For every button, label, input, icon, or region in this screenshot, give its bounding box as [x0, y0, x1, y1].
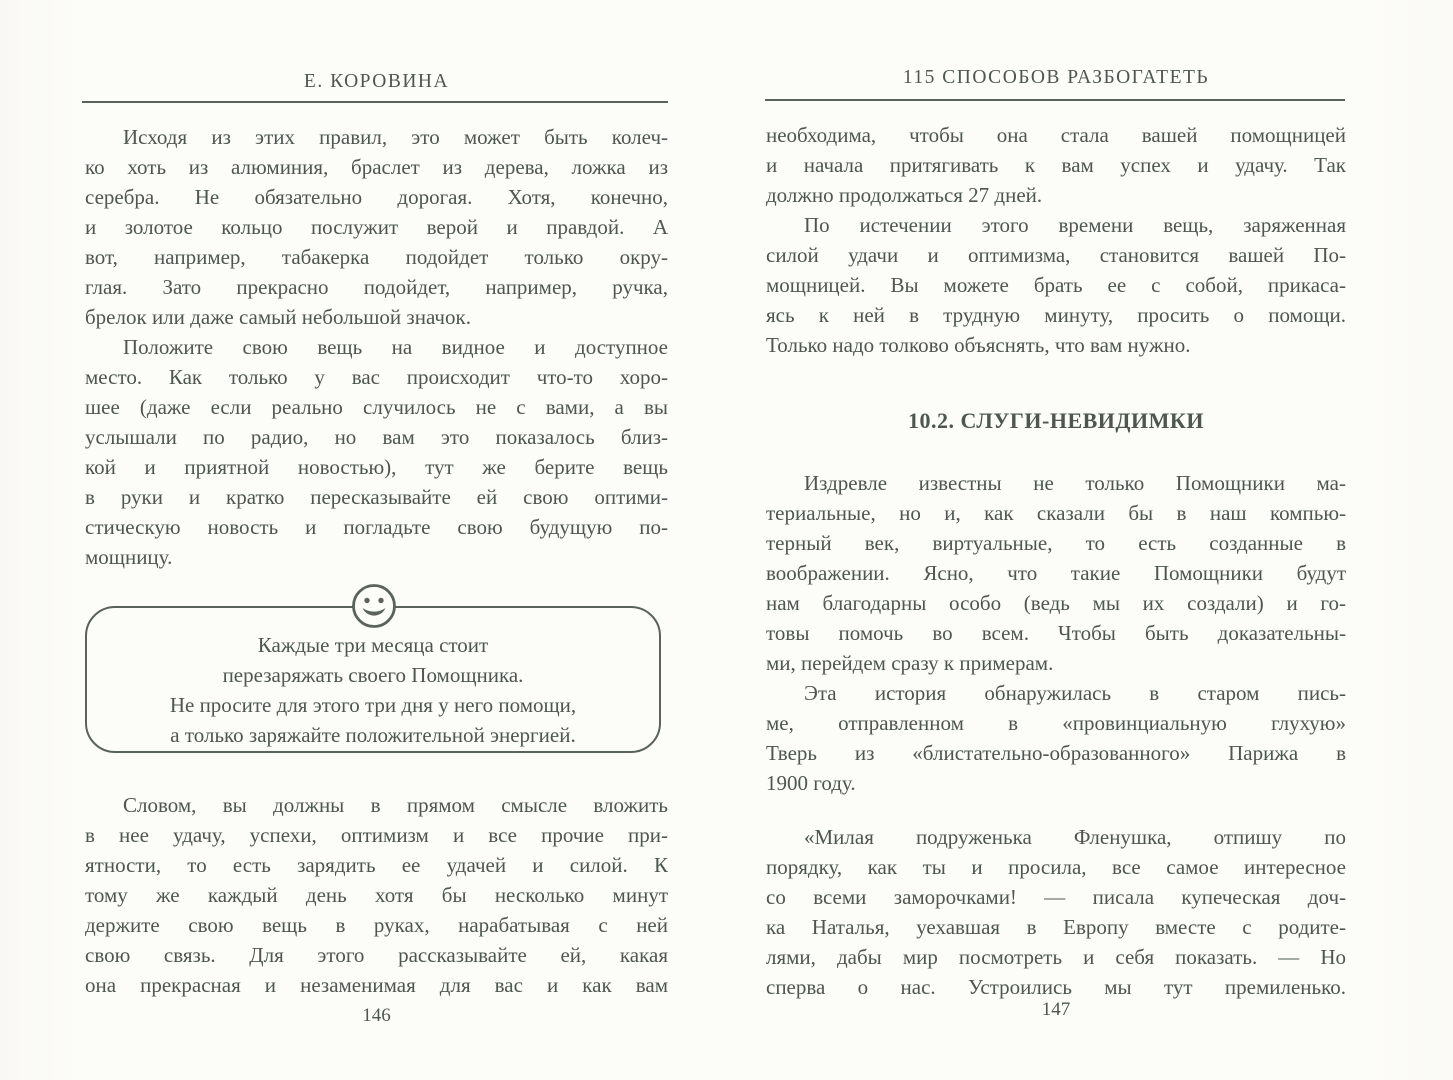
text-line: Эта история обнаружилась в старом пись-: [766, 678, 1346, 708]
text-line: брелок или даже самый небольшой значок.: [85, 302, 668, 332]
paragraph: Эта история обнаружилась в старом пись-м…: [766, 678, 1346, 798]
text-line: нам благодарны особо (ведь мы их создали…: [766, 588, 1346, 618]
right-page-upper-text: необходима, чтобы она стала вашей помощн…: [766, 120, 1346, 360]
text-line: Только надо толково объяснять, что вам н…: [766, 330, 1346, 360]
text-line: место. Как только у вас происходит что-т…: [85, 362, 668, 392]
left-page-lower-text: Словом, вы должны в прямом смысле вложит…: [85, 790, 668, 1000]
text-line: Словом, вы должны в прямом смысле вложит…: [85, 790, 668, 820]
text-line: ясь к ней в трудную минуту, просить о по…: [766, 300, 1346, 330]
text-line: со всеми заморочками! — писала купеческа…: [766, 882, 1346, 912]
text-line: силой удачи и оптимизма, становится ваше…: [766, 240, 1346, 270]
text-line: шее (даже если реально случилось не с ва…: [85, 392, 668, 422]
paragraph: «Милая подруженька Фленушка, отпишу попо…: [766, 822, 1346, 1002]
text-line: в нее удачу, успехи, оптимизм и все проч…: [85, 820, 668, 850]
text-line: вот, например, табакерка подойдет только…: [85, 242, 668, 272]
text-line: в руки и кратко пересказывайте ей свою о…: [85, 482, 668, 512]
section-heading: 10.2. СЛУГИ-НЕВИДИМКИ: [766, 406, 1346, 436]
right-page-lower-text: Издревле известны не только Помощники ма…: [766, 468, 1346, 1002]
text-line: Положите свою вещь на видное и доступное: [85, 332, 668, 362]
paragraph: Издревле известны не только Помощники ма…: [766, 468, 1346, 678]
text-line: и начала притягивать к вам успех и удачу…: [766, 150, 1346, 180]
text-line: товы помочь во всем. Чтобы быть доказате…: [766, 618, 1346, 648]
text-line: воображении. Ясно, что такие Помощники б…: [766, 558, 1346, 588]
text-line: ка Наталья, уехавшая в Европу вместе с р…: [766, 912, 1346, 942]
text-line: услышали по радио, но вам это показалось…: [85, 422, 668, 452]
paragraph: Словом, вы должны в прямом смысле вложит…: [85, 790, 668, 1000]
text-line: кой и приятной новостью), тут же берите …: [85, 452, 668, 482]
text-line: порядку, как ты и просила, все самое инт…: [766, 852, 1346, 882]
header-rule-right: [765, 99, 1345, 101]
page-number-left: 146: [85, 1004, 668, 1028]
text-line: серебра. Не обязательно дорогая. Хотя, к…: [85, 182, 668, 212]
header-rule-left: [82, 101, 668, 103]
left-page: Е. КОРОВИНА Исходя из этих правил, это м…: [0, 0, 726, 1080]
text-line: глая. Зато прекрасно подойдет, например,…: [85, 272, 668, 302]
text-line: 1900 году.: [766, 768, 1346, 798]
text-line: Тверь из «блистательно-образованного» Па…: [766, 738, 1346, 768]
callout-line: Не просите для этого три дня у него помо…: [85, 690, 661, 720]
paragraph: Исходя из этих правил, это может быть ко…: [85, 122, 668, 332]
text-line: свою связь. Для этого рассказывайте ей, …: [85, 940, 668, 970]
text-line: ми, перейдем сразу к примерам.: [766, 648, 1346, 678]
text-line: Издревле известны не только Помощники ма…: [766, 468, 1346, 498]
text-line: По истечении этого времени вещь, заряжен…: [766, 210, 1346, 240]
page-number-right: 147: [766, 998, 1346, 1022]
text-line: терный век, виртуальные, то есть созданн…: [766, 528, 1346, 558]
paragraph: необходима, чтобы она стала вашей помощн…: [766, 120, 1346, 210]
paragraph: Положите свою вещь на видное и доступное…: [85, 332, 668, 572]
right-page: 115 СПОСОБОВ РАЗБОГАТЕТЬ необходима, что…: [726, 0, 1453, 1080]
callout-line: а только заряжайте положительной энергие…: [85, 720, 661, 750]
text-line: ятности, то есть зарядить ее удачей и си…: [85, 850, 668, 880]
running-head-right: 115 СПОСОБОВ РАЗБОГАТЕТЬ: [766, 66, 1346, 90]
text-line: должно продолжаться 27 дней.: [766, 180, 1346, 210]
text-line: она прекрасная и незаменимая для вас и к…: [85, 970, 668, 1000]
text-line: териальные, но и, как сказали бы в наш к…: [766, 498, 1346, 528]
text-line: и золотое кольцо послужит верой и правдо…: [85, 212, 668, 242]
left-page-upper-text: Исходя из этих правил, это может быть ко…: [85, 122, 668, 572]
text-line: стическую новость и погладьте свою будущ…: [85, 512, 668, 542]
text-line: тому же каждый день хотя бы несколько ми…: [85, 880, 668, 910]
callout-text: Каждые три месяца стоитперезаряжать свое…: [85, 630, 661, 750]
text-line: мощницей. Вы можете брать ее с собой, пр…: [766, 270, 1346, 300]
text-line: необходима, чтобы она стала вашей помощн…: [766, 120, 1346, 150]
text-line: ко хоть из алюминия, браслет из дерева, …: [85, 152, 668, 182]
callout-line: перезаряжать своего Помощника.: [85, 660, 661, 690]
text-line: держите свою вещь в руках, нарабатывая с…: [85, 910, 668, 940]
text-line: «Милая подруженька Фленушка, отпишу по: [766, 822, 1346, 852]
callout-line: Каждые три месяца стоит: [85, 630, 661, 660]
smiley-icon: [350, 582, 398, 630]
text-line: ме, отправленном в «провинциальную глуху…: [766, 708, 1346, 738]
text-line: мощницу.: [85, 542, 668, 572]
paragraph: По истечении этого времени вещь, заряжен…: [766, 210, 1346, 360]
running-head-left: Е. КОРОВИНА: [85, 70, 668, 94]
text-line: лями, дабы мир посмотреть и себя показат…: [766, 942, 1346, 972]
text-line: Исходя из этих правил, это может быть ко…: [85, 122, 668, 152]
